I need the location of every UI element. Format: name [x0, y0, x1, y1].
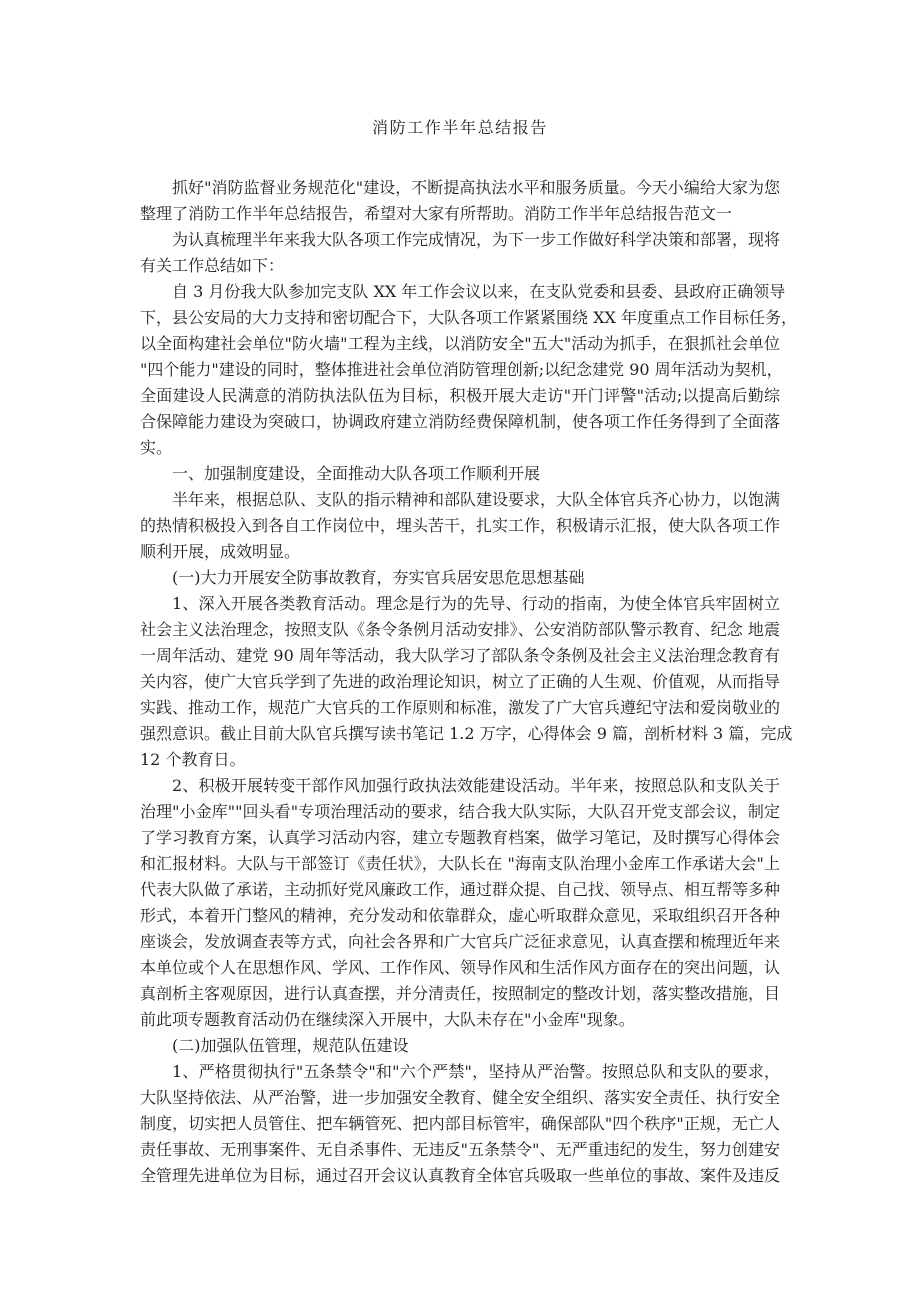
text-line: 代表大队做了承诺，主动抓好党风廉政工作，通过群众提、自己找、领导点、相互帮等多种 [140, 877, 780, 903]
paragraph-purpose: 为认真梳理半年来我大队各项工作完成情况，为下一步工作做好科学决策和部署，现将 有… [140, 227, 780, 279]
text-line: 一周年活动、建党 90 周年等活动，我大队学习了部队条令条例及社会主义法治理念教… [140, 643, 780, 669]
text-line: 12 个教育日。 [140, 747, 780, 773]
paragraph-strict-discipline: 1、严格贯彻执行"五条禁令"和"六个严禁"，坚持从严治警。按照总队和支队的要求，… [140, 1059, 780, 1189]
text-line: 顺利开展，成效明显。 [140, 539, 780, 565]
text-line: 实践、推动工作，规范广大官兵的工作原则和标准，激发了广大官兵遵纪守法和爱岗敬业的 [140, 695, 780, 721]
text-line: 前此项专题教育活动仍在继续深入开展中，大队未存在"小金库"现象。 [140, 1007, 780, 1033]
text-line: 的热情积极投入到各自工作岗位中，埋头苦干，扎实工作，积极请示汇报，使大队各项工作 [140, 513, 780, 539]
text-line: 本单位或个人在思想作风、学风、工作作风、领导作风和生活作风方面存在的突出问题，认 [140, 955, 780, 981]
text-line: 1、深入开展各类教育活动。理念是行为的先导、行动的指南，为使全体官兵牢固树立 [140, 591, 780, 617]
paragraph-intro: 抓好"消防监督业务规范化"建设，不断提高执法水平和服务质量。今天小编给大家为您 … [140, 175, 780, 227]
text-line: 全面建设人民满意的消防执法队伍为目标，积极开展大走访"开门评警"活动;以提高后勤… [140, 383, 780, 409]
text-line: 形式，本着开门整风的精神，充分发动和依靠群众，虚心听取群众意见，采取组织召开各种 [140, 903, 780, 929]
paragraph-work-style: 2、积极开展转变干部作风加强行政执法效能建设活动。半年来，按照总队和支队关于 治… [140, 773, 780, 1033]
text-line: 2、积极开展转变干部作风加强行政执法效能建设活动。半年来，按照总队和支队关于 [140, 773, 780, 799]
text-line: 关内容，使广大官兵学到了先进的政治理论知识，树立了正确的人生观、价值观，从而指导 [140, 669, 780, 695]
text-line: 座谈会，发放调查表等方式，向社会各界和广大官兵广泛征求意见，认真查摆和梳理近年来 [140, 929, 780, 955]
text-line: 以全面构建社会单位"防火墙"工程为主线，以消防安全"五大"活动为抓手，在狠抓社会… [140, 331, 780, 357]
text-line: 为认真梳理半年来我大队各项工作完成情况，为下一步工作做好科学决策和部署，现将 [140, 227, 780, 253]
text-line: 有关工作总结如下： [140, 253, 780, 279]
heading-text: (一)大力开展安全防事故教育，夯实官兵居安思危思想基础 [140, 565, 780, 591]
text-line: 自 3 月份我大队参加完支队 XX 年工作会议以来，在支队党委和县委、县政府正确… [140, 279, 780, 305]
text-line: 制度，切实把人员管住、把车辆管死、把内部目标管牢，确保部队"四个秩序"正规，无亡… [140, 1111, 780, 1137]
text-line: 和汇报材料。大队与干部签订《责任状》，大队长在 "海南支队治理小金库工作承诺大会… [140, 851, 780, 877]
text-line: 真剖析主客观原因，进行认真查摆，并分清责任，按照制定的整改计划，落实整改措施，目 [140, 981, 780, 1007]
paragraph-section-1-intro: 半年来，根据总队、支队的指示精神和部队建设要求，大队全体官兵齐心协力，以饱满 的… [140, 487, 780, 565]
text-line: 下，县公安局的大力支持和密切配合下，大队各项工作紧紧围绕 XX 年度重点工作目标… [140, 305, 780, 331]
text-line: 大队坚持依法、从严治警，进一步加强安全教育、健全安全组织、落实安全责任、执行安全 [140, 1085, 780, 1111]
text-line: 了学习教育方案，认真学习活动内容，建立专题教育档案，做学习笔记，及时撰写心得体会 [140, 825, 780, 851]
text-line: 合保障能力建设为突破口，协调政府建立消防经费保障机制，使各项工作任务得到了全面落 [140, 409, 780, 435]
heading-text: 一、加强制度建设，全面推动大队各项工作顺利开展 [140, 461, 780, 487]
document-page: 消防工作半年总结报告 抓好"消防监督业务规范化"建设，不断提高执法水平和服务质量… [0, 0, 920, 1302]
subsection-heading-2: (二)加强队伍管理，规范队伍建设 [140, 1033, 780, 1059]
document-body: 抓好"消防监督业务规范化"建设，不断提高执法水平和服务质量。今天小编给大家为您 … [140, 175, 780, 1189]
text-line: 整理了消防工作半年总结报告，希望对大家有所帮助。消防工作半年总结报告范文一 [140, 201, 780, 227]
text-line: 实。 [140, 435, 780, 461]
text-line: "四个能力"建设的同时，整体推进社会单位消防管理创新;以纪念建党 90 周年活动… [140, 357, 780, 383]
paragraph-overview: 自 3 月份我大队参加完支队 XX 年工作会议以来，在支队党委和县委、县政府正确… [140, 279, 780, 461]
text-line: 强烈意识。截止目前大队官兵撰写读书笔记 1.2 万字，心得体会 9 篇，剖析材料… [140, 721, 780, 747]
text-line: 1、严格贯彻执行"五条禁令"和"六个严禁"，坚持从严治警。按照总队和支队的要求， [140, 1059, 780, 1085]
subsection-heading-1: (一)大力开展安全防事故教育，夯实官兵居安思危思想基础 [140, 565, 780, 591]
text-line: 责任事故、无刑事案件、无自杀事件、无违反"五条禁令"、无严重违纪的发生，努力创建… [140, 1137, 780, 1163]
section-heading-1: 一、加强制度建设，全面推动大队各项工作顺利开展 [140, 461, 780, 487]
paragraph-education-activities: 1、深入开展各类教育活动。理念是行为的先导、行动的指南，为使全体官兵牢固树立 社… [140, 591, 780, 773]
document-title: 消防工作半年总结报告 [140, 115, 780, 141]
text-line: 抓好"消防监督业务规范化"建设，不断提高执法水平和服务质量。今天小编给大家为您 [140, 175, 780, 201]
text-line: 全管理先进单位为目标，通过召开会议认真教育全体官兵吸取一些单位的事故、案件及违反 [140, 1163, 780, 1189]
text-line: 半年来，根据总队、支队的指示精神和部队建设要求，大队全体官兵齐心协力，以饱满 [140, 487, 780, 513]
heading-text: (二)加强队伍管理，规范队伍建设 [140, 1033, 780, 1059]
text-line: 治理"小金库""回头看"专项治理活动的要求，结合我大队实际，大队召开党支部会议，… [140, 799, 780, 825]
text-line: 社会主义法治理念，按照支队《条令条例月活动安排》、公安消防部队警示教育、纪念 地… [140, 617, 780, 643]
